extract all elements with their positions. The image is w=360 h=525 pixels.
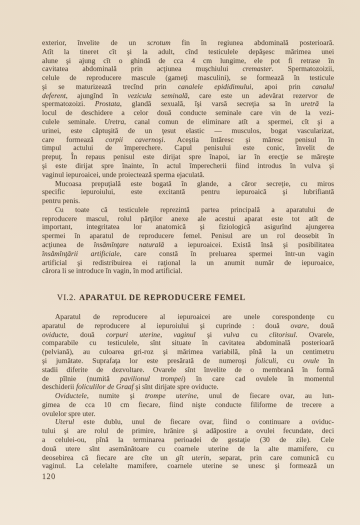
paragraph: Uterul este dublu, unul de fiecare ovar,… <box>42 418 334 471</box>
text-block: exterior, învelite de un scrotum fin în … <box>42 39 334 471</box>
paragraph: Mucoasa prepuţială este bogată în glande… <box>42 180 334 206</box>
paragraph: Cu toate că testiculele reprezintă parte… <box>42 206 334 276</box>
book-page: exterior, învelite de un scrotum fin în … <box>0 0 360 525</box>
section-number: VI.2. <box>57 293 76 302</box>
text-line: specific iepuroiului, este excitantă pen… <box>42 188 334 197</box>
section-heading: VI.2.APARATUL DE REPRODUCERE FEMEL <box>57 293 334 303</box>
text-line: cărora li se introduce în vagin, în mod … <box>42 267 334 276</box>
section-title: APARATUL DE REPRODUCERE FEMEL <box>79 293 245 302</box>
paragraph: Aparatul de reproducere al iepuroaicei a… <box>42 313 334 392</box>
text-line: vaginul. La celelalte mamifere, coarnele… <box>42 462 334 471</box>
paragraph: exterior, învelite de un scrotum fin în … <box>42 39 334 180</box>
paragraph: Oviductele, numite şi trompe uterine, un… <box>42 392 334 418</box>
page-number: 120 <box>42 472 56 481</box>
